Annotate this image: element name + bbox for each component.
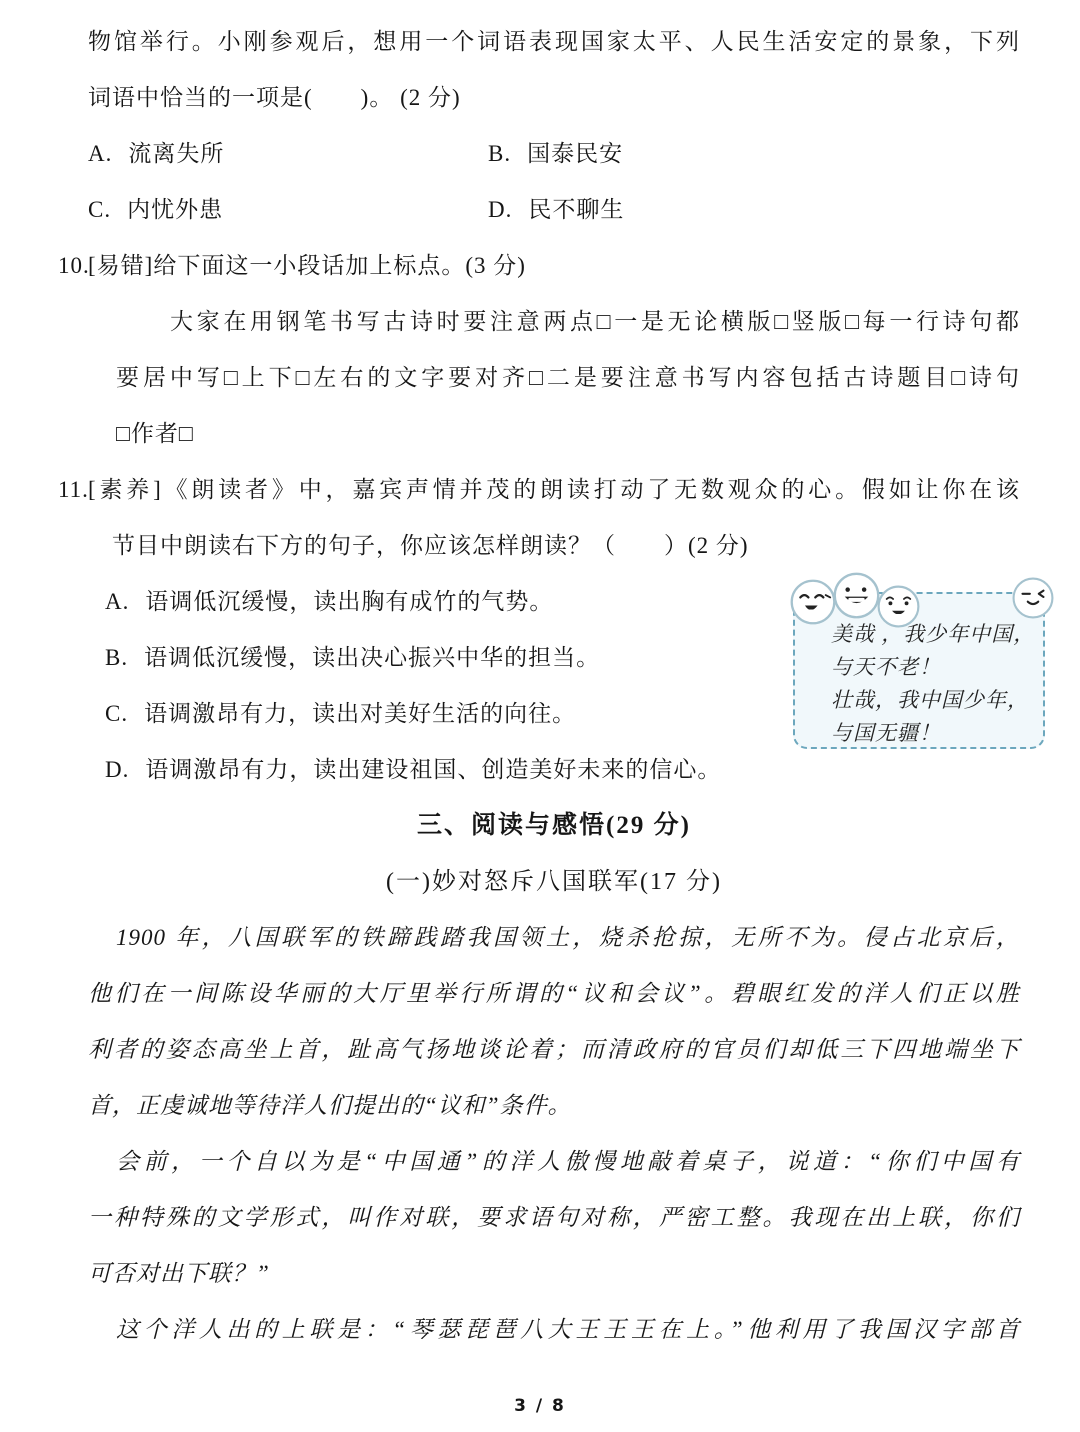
laughing-face-icon: [790, 579, 836, 630]
passage-p3-line1: 这个洋人出的上联是：“琴瑟琵琶八大王王王在上。”他利用了我国汉字部首: [88, 1302, 1020, 1358]
question11-stem-text: 《朗读者》中，嘉宾声情并茂的朗读打动了无数观众的心。假如让你在该: [162, 477, 1020, 502]
option-c-text: 语调激昂有力，读出对美好生活的向往。: [144, 701, 576, 726]
question9-stem-line2: 词语中恰当的一项是( )。 (2 分): [88, 70, 1020, 126]
option-d: D.民不聊生: [488, 182, 1020, 238]
option-a-text: 语调低沉缓慢，读出胸有成竹的气势。: [145, 589, 553, 614]
passage-p2-line3: 可否对出下联？”: [88, 1246, 1020, 1302]
open-smile-face-icon: [877, 585, 920, 633]
quote-line-3: 壮哉，我中国少年，: [831, 684, 1043, 717]
question11-number: 11.: [58, 462, 89, 518]
option-c: C.内忧外患: [88, 182, 488, 238]
question10-number: 10.: [58, 238, 90, 294]
winking-face-icon: [1012, 577, 1054, 624]
passage-p2-line2: 一种特殊的文学形式，叫作对联，要求语句对称，严密工整。我现在出上联，你们: [88, 1190, 1020, 1246]
question10-body-line3: □作者□: [88, 406, 1020, 462]
option-a-label: A.: [105, 589, 129, 614]
question11-stem-line2: 节目中朗读右下方的句子，你应该怎样朗读？（ ）(2 分): [88, 518, 1020, 574]
passage-p1-line2: 他们在一间陈设华丽的大厅里举行所谓的“议和会议”。碧眼红发的洋人们正以胜: [88, 966, 1020, 1022]
question10-tag: [易错]: [88, 253, 153, 278]
option-d-text: 语调激昂有力，读出建设祖国、创造美好未来的信心。: [145, 757, 721, 782]
option-b-text: 语调低沉缓慢，读出决心振兴中华的担当。: [144, 645, 600, 670]
question11-option-d: D.语调激昂有力，读出建设祖国、创造美好未来的信心。: [88, 742, 1020, 798]
option-a: A.流离失所: [88, 126, 488, 182]
question10-body-line2: 要居中写□上下□左右的文字要对齐□二是要注意书写内容包括古诗题目□诗句: [88, 350, 1020, 406]
option-a-text: 流离失所: [128, 141, 224, 166]
question10-stem: 10.[易错]给下面这一小段话加上标点。(3 分): [88, 238, 1020, 294]
passage-p1-line3: 利者的姿态高坐上首，趾高气扬地谈论着；而清政府的官员们却低三下四地端坐下: [88, 1022, 1020, 1078]
section3-title: 三、阅读与感悟(29 分): [88, 798, 1020, 854]
passage-p1-line1: 1900 年，八国联军的铁蹄践踏我国领土，烧杀抢掠，无所不为。侵占北京后，: [88, 910, 1020, 966]
question11-tag: [素养]: [88, 477, 162, 502]
option-d-label: D.: [105, 757, 129, 782]
question10-body-line1: 大家在用钢笔书写古诗时要注意两点□一是无论横版□竖版□每一行诗句都: [88, 294, 1020, 350]
passage-p1-line4: 首，正虔诚地等待洋人们提出的“议和”条件。: [88, 1078, 1020, 1134]
page-number: 3 / 8: [0, 1396, 1080, 1416]
option-c-label: C.: [105, 701, 128, 726]
option-b-label: B.: [105, 645, 128, 670]
option-c-text: 内忧外患: [127, 197, 223, 222]
question11-stem-line1: 11.[素养]《朗读者》中，嘉宾声情并茂的朗读打动了无数观众的心。假如让你在该: [88, 462, 1020, 518]
option-c-label: C.: [88, 197, 111, 222]
quote-line-2: 与天不老！: [831, 651, 1043, 684]
grinning-face-icon: [833, 572, 880, 624]
option-b-label: B.: [488, 141, 511, 166]
question9-options: A.流离失所 B.国泰民安 C.内忧外患 D.民不聊生: [88, 126, 1020, 238]
option-b-text: 国泰民安: [527, 141, 623, 166]
option-d-text: 民不聊生: [528, 197, 624, 222]
section3-subtitle: (一)妙对怒斥八国联军(17 分): [88, 854, 1020, 910]
option-a-label: A.: [88, 141, 112, 166]
passage-p2-line1: 会前，一个自以为是“中国通”的洋人傲慢地敲着桌子，说道：“你们中国有: [88, 1134, 1020, 1190]
question10-stem-text: 给下面这一小段话加上标点。(3 分): [153, 253, 526, 278]
quote-line-4: 与国无疆！: [831, 717, 1043, 750]
option-d-label: D.: [488, 197, 512, 222]
question9-stem-line1: 物馆举行。小刚参观后，想用一个词语表现国家太平、人民生活安定的景象，下列: [88, 14, 1020, 70]
option-b: B.国泰民安: [488, 126, 1020, 182]
